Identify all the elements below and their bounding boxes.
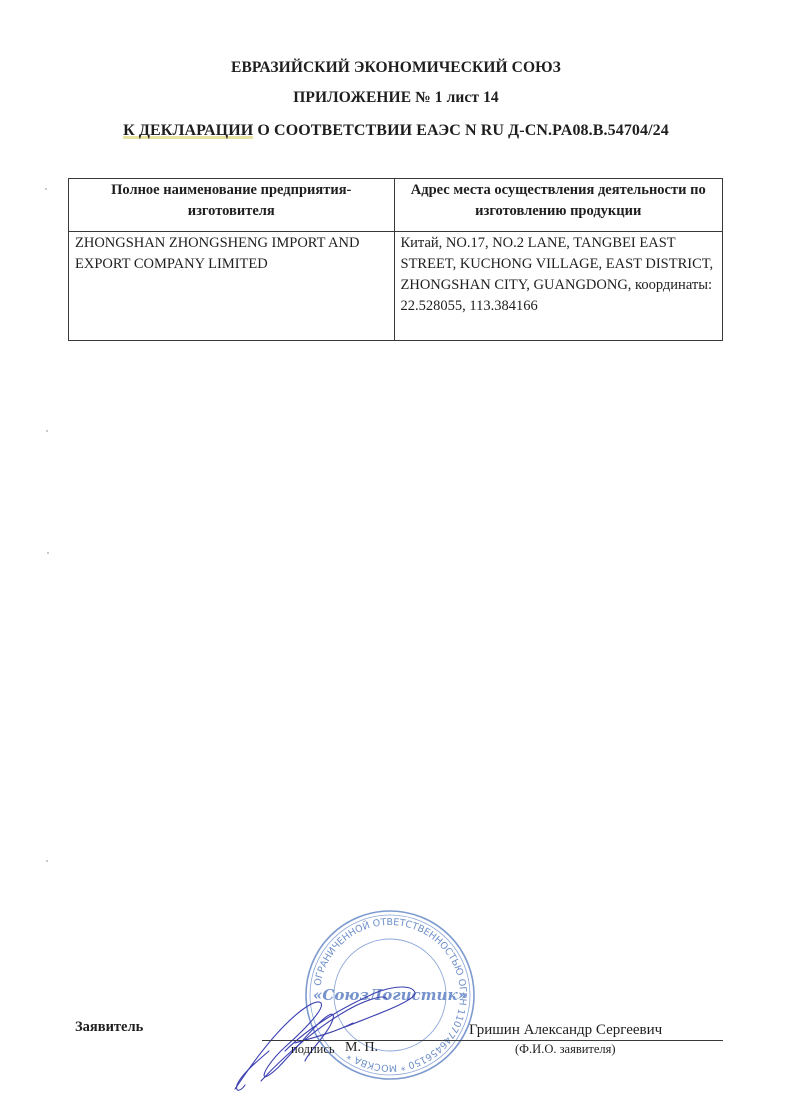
manufacturer-table: Полное наименование предприятия-изготови… — [68, 178, 723, 341]
applicant-label: Заявитель — [75, 1019, 143, 1036]
scan-speck — [45, 188, 47, 190]
signature-line — [262, 1040, 723, 1041]
production-address-cell: Китай, NO.17, NO.2 LANE, TANGBEI EAST ST… — [394, 232, 723, 341]
declaration-number: О СООТВЕТСТВИИ ЕАЭС N RU Д-CN.PA08.B.547… — [253, 122, 669, 139]
declaration-heading: К ДЕКЛАРАЦИИ О СООТВЕТСТВИИ ЕАЭС N RU Д-… — [0, 122, 792, 140]
table-row: ZHONGSHAN ZHONGSHENG IMPORT AND EXPORT C… — [69, 232, 723, 341]
signature-caption: подпись — [291, 1042, 335, 1057]
column-header-manufacturer: Полное наименование предприятия-изготови… — [69, 179, 395, 232]
seal-caption: М. П. — [345, 1040, 378, 1056]
manufacturer-name-cell: ZHONGSHAN ZHONGSHENG IMPORT AND EXPORT C… — [69, 232, 395, 341]
scan-speck — [46, 860, 48, 862]
declaration-prefix: К ДЕКЛАРАЦИИ — [123, 122, 253, 139]
scan-speck — [47, 552, 49, 554]
name-caption: (Ф.И.О. заявителя) — [515, 1042, 616, 1057]
applicant-name: Гришин Александр Сергеевич — [469, 1022, 662, 1039]
table-header-row: Полное наименование предприятия-изготови… — [69, 179, 723, 232]
union-heading: ЕВРАЗИЙСКИЙ ЭКОНОМИЧЕСКИЙ СОЮЗ — [0, 59, 792, 77]
column-header-address: Адрес места осуществления деятельности п… — [394, 179, 723, 232]
scan-speck — [46, 430, 48, 432]
appendix-heading: ПРИЛОЖЕНИЕ № 1 лист 14 — [0, 89, 792, 107]
